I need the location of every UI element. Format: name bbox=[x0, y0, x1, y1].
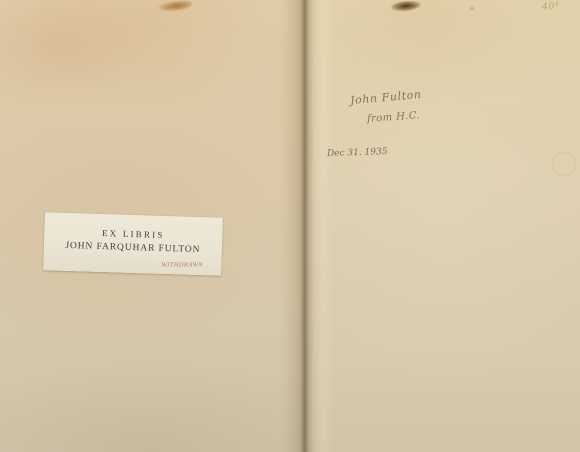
ex-libris-bookplate: EX LIBRIS JOHN FARQUHAR FULTON WITHDRAWN bbox=[43, 212, 223, 276]
inscription-date: Dec 31. 1935 bbox=[327, 147, 388, 159]
right-endpaper bbox=[300, 0, 580, 452]
book-gutter-fold bbox=[280, 0, 334, 452]
pencil-notation: 40ᵇ bbox=[542, 1, 561, 12]
open-book-endpapers-photo: EX LIBRIS JOHN FARQUHAR FULTON WITHDRAWN… bbox=[0, 0, 580, 452]
withdrawn-stamp: WITHDRAWN bbox=[162, 261, 204, 268]
faint-ring-stain bbox=[552, 152, 576, 176]
